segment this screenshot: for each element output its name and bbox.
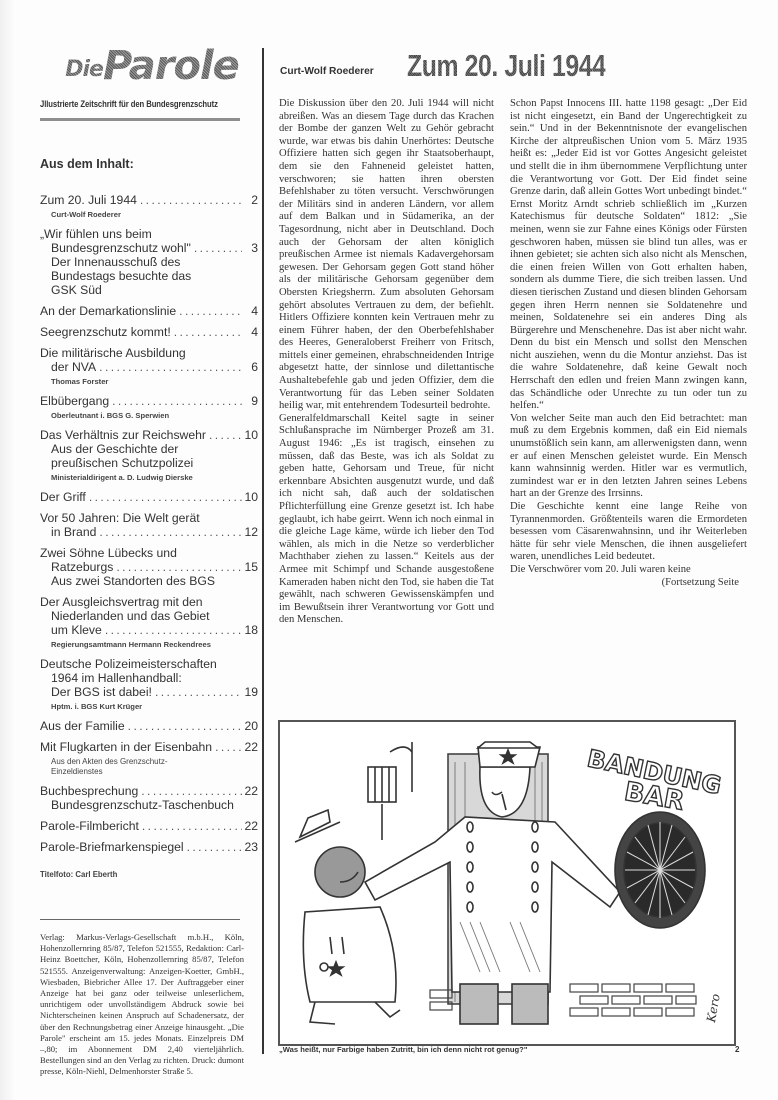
toc-page: 23	[244, 840, 258, 854]
paragraph: Von welcher Seite man auch den Eid betra…	[510, 413, 747, 501]
toc-page: 4	[244, 325, 258, 339]
toc-title: der NVA	[51, 360, 96, 374]
toc-author: Curt-Wolf Roederer	[40, 210, 258, 220]
scan-edge	[0, 0, 14, 1100]
toc-subtitle: Der Innenausschuß des	[40, 255, 258, 269]
leader-dots	[99, 525, 242, 539]
toc-page: 22	[244, 819, 258, 833]
toc-item[interactable]: „Wir fühlen uns beim Bundesgrenzschutz w…	[40, 227, 258, 297]
leader-dots	[142, 819, 242, 833]
toc-title: „Wir fühlen uns beim	[40, 227, 152, 241]
toc-title: in Brand	[51, 525, 96, 539]
toc-title: Ratzeburgs	[51, 560, 113, 574]
paragraph: Die Geschichte kennt eine lange Reihe vo…	[510, 501, 747, 564]
paragraph: Schon Papst Innocens III. hatte 1198 ges…	[510, 98, 747, 413]
toc-item[interactable]: Das Verhältnis zur Reichswehr10 Aus der …	[40, 428, 258, 483]
paragraph: Generalfeldmarschall Keitel sagte in sei…	[279, 413, 494, 627]
leader-dots	[187, 840, 242, 854]
toc-item[interactable]: Der Ausgleichsvertrag mit den Niederland…	[40, 595, 258, 650]
page-number: 2	[735, 1045, 739, 1054]
toc-title: Der BGS ist dabei!	[51, 685, 152, 699]
toc-subtitle: preußischen Schutzpolizei	[40, 456, 258, 470]
leader-dots	[209, 428, 242, 442]
leader-dots	[116, 560, 242, 574]
toc-item[interactable]: An der Demarkationslinie4	[40, 304, 258, 318]
toc-title: Parole-Filmbericht	[40, 819, 139, 833]
article-column-1: Die Diskussion über den 20. Juli 1944 wi…	[279, 98, 494, 627]
leader-dots	[174, 325, 242, 339]
toc-item[interactable]: Elbübergang9 Oberleutnant i. BGS G. Sper…	[40, 394, 258, 421]
leader-dots	[155, 685, 242, 699]
toc-item[interactable]: Zwei Söhne Lübecks und Ratzeburgs15 Aus …	[40, 546, 258, 588]
left-column: DieParole Jllustrierte Zeitschrift für d…	[40, 46, 258, 1078]
toc-author: Thomas Forster	[40, 377, 258, 387]
table-of-contents: Zum 20. Juli 19442 Curt-Wolf Roederer „W…	[40, 193, 258, 854]
cover-photo-credit: Titelfoto: Carl Eberth	[40, 870, 258, 879]
toc-page: 20	[244, 719, 258, 733]
cartoon-drawing: BANDUNG BAR Kero	[280, 722, 734, 1044]
article-headline: Zum 20. Juli 1944	[407, 48, 606, 84]
toc-page: 10	[244, 490, 258, 504]
masthead-rule	[40, 118, 240, 121]
toc-title: Mit Flugkarten in der Eisenbahn	[40, 740, 212, 754]
toc-page: 22	[244, 740, 258, 754]
toc-item[interactable]: Der Griff10	[40, 490, 258, 504]
toc-item[interactable]: Seegrenzschutz kommt!4	[40, 325, 258, 339]
logo-die: Die	[65, 57, 103, 82]
toc-title: Das Verhältnis zur Reichswehr	[40, 428, 206, 442]
article-header: Curt-Wolf Roederer Zum 20. Juli 1944	[280, 48, 750, 84]
toc-item[interactable]: Zum 20. Juli 19442 Curt-Wolf Roederer	[40, 193, 258, 220]
toc-item[interactable]: Buchbesprechung22 Bundesgrenzschutz-Tasc…	[40, 784, 258, 812]
toc-item[interactable]: Vor 50 Jahren: Die Welt gerät in Brand12	[40, 511, 258, 539]
column-divider	[262, 48, 264, 1054]
leader-dots	[89, 490, 242, 504]
toc-title: Seegrenzschutz kommt!	[40, 325, 171, 339]
toc-title: 1964 im Hallenhandball:	[51, 671, 182, 685]
toc-item[interactable]: Parole-Filmbericht22	[40, 819, 258, 833]
article-author: Curt-Wolf Roederer	[280, 66, 374, 77]
toc-page: 3	[244, 241, 258, 255]
toc-item[interactable]: Parole-Briefmarkenspiegel23	[40, 840, 258, 854]
toc-title: Bundesgrenzschutz wohl"	[51, 241, 191, 255]
magazine-page: DieParole Jllustrierte Zeitschrift für d…	[0, 0, 778, 1100]
leader-dots	[105, 623, 242, 637]
toc-page: 18	[244, 623, 258, 637]
toc-author: Ministerialdirigent a. D. Ludwig Dierske	[40, 473, 258, 483]
toc-subtitle: Bundestags besuchte das	[40, 269, 258, 283]
leader-dots	[179, 304, 242, 318]
leader-dots	[140, 193, 242, 207]
toc-author: Regierungsamtmann Hermann Reckendrees	[40, 640, 258, 650]
paragraph: Die Diskussion über den 20. Juli 1944 wi…	[279, 98, 494, 413]
toc-page: 19	[244, 685, 258, 699]
toc-subtitle: GSK Süd	[40, 283, 258, 297]
cartoon-illustration: BANDUNG BAR Kero	[278, 720, 736, 1046]
toc-page: 22	[244, 784, 258, 798]
toc-title: Die militärische Ausbildung	[40, 346, 186, 360]
toc-title: Niederlanden und das Gebiet	[51, 609, 210, 623]
toc-heading: Aus dem Inhalt:	[40, 157, 258, 171]
toc-title: Elbübergang	[40, 394, 109, 408]
logo-parole: Parole	[103, 43, 239, 89]
article-column-2: Schon Papst Innocens III. hatte 1198 ges…	[510, 98, 747, 589]
toc-title: um Kleve	[51, 623, 102, 637]
leader-dots	[112, 394, 242, 408]
toc-item[interactable]: Deutsche Polizeimeisterschaften 1964 im …	[40, 657, 258, 712]
toc-title: An der Demarkationslinie	[40, 304, 176, 318]
toc-page: 4	[244, 304, 258, 318]
toc-title: Der Ausgleichsvertrag mit den	[40, 595, 203, 609]
impressum: Verlag: Markus-Verlags-Gesellschaft m.b.…	[40, 932, 244, 1078]
cartoon-signature: Kero	[704, 993, 723, 1025]
toc-title: Deutsche Polizeimeisterschaften	[40, 657, 217, 671]
toc-title: Der Griff	[40, 490, 86, 504]
toc-subtitle: Aus zwei Standorten des BGS	[40, 574, 258, 588]
toc-author: Hptm. i. BGS Kurt Krüger	[40, 702, 258, 712]
continuation-note[interactable]: (Fortsetzung Seite	[510, 577, 747, 590]
toc-page: 6	[244, 360, 258, 374]
masthead-logo: DieParole	[46, 46, 258, 86]
toc-page: 15	[244, 560, 258, 574]
toc-title: Parole-Briefmarkenspiegel	[40, 840, 184, 854]
toc-page: 9	[244, 394, 258, 408]
toc-page: 10	[244, 428, 258, 442]
toc-subtitle: Aus der Geschichte der	[40, 442, 258, 456]
toc-page: 2	[244, 193, 258, 207]
toc-subtitle: Bundesgrenzschutz-Taschenbuch	[40, 798, 258, 812]
leader-dots	[215, 740, 242, 754]
toc-note: Aus den Akten des Grenzschutz-	[40, 757, 258, 767]
toc-item[interactable]: Aus der Familie20	[40, 719, 258, 733]
toc-item[interactable]: Die militärische Ausbildung der NVA6 Tho…	[40, 346, 258, 387]
impressum-rule	[40, 919, 240, 920]
leader-dots	[99, 360, 242, 374]
masthead-subtitle: Jllustrierte Zeitschrift für den Bundesg…	[40, 98, 219, 109]
toc-note: Einzeldienstes	[40, 767, 258, 777]
toc-title: Buchbesprechung	[40, 784, 138, 798]
toc-title: Zwei Söhne Lübecks und	[40, 546, 177, 560]
toc-page: 12	[244, 525, 258, 539]
leader-dots	[194, 241, 242, 255]
toc-title: Vor 50 Jahren: Die Welt gerät	[40, 511, 200, 525]
leader-dots	[141, 784, 242, 798]
cartoon-caption: „Was heißt, nur Farbige haben Zutritt, b…	[279, 1045, 527, 1054]
toc-title: Zum 20. Juli 1944	[40, 193, 137, 207]
leader-dots	[128, 719, 242, 733]
toc-title: Aus der Familie	[40, 719, 125, 733]
toc-item[interactable]: Mit Flugkarten in der Eisenbahn22 Aus de…	[40, 740, 258, 777]
toc-author: Oberleutnant i. BGS G. Sperwien	[40, 411, 258, 421]
paragraph: Die Verschwörer vom 20. Juli waren keine	[510, 564, 747, 577]
